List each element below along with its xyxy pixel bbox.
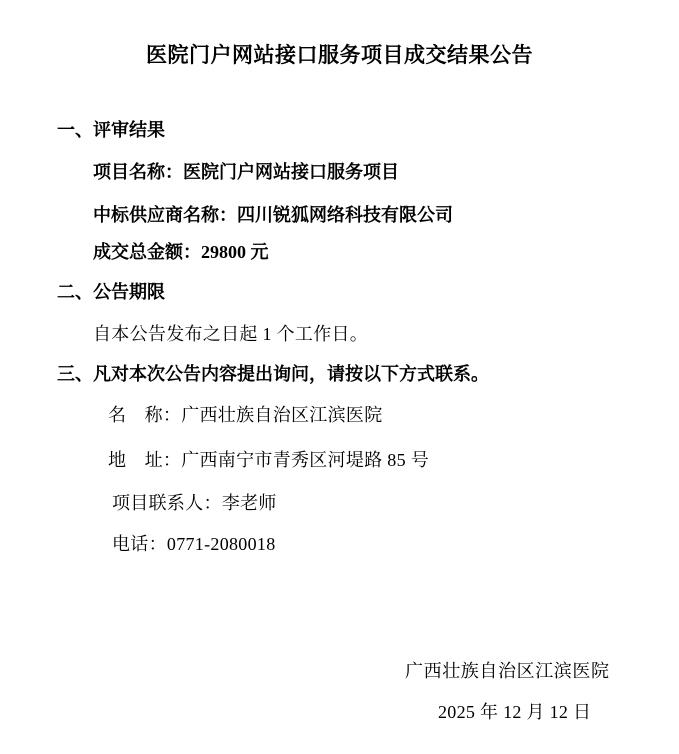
- project-name-line: 项目名称：医院门户网站接口服务项目: [93, 161, 399, 183]
- notice-period-line: 自本公告发布之日起 1 个工作日。: [93, 323, 368, 345]
- section-2-heading: 二、公告期限: [57, 281, 165, 303]
- contact-name-line: 名 称：广西壮族自治区江滨医院: [108, 404, 383, 426]
- section-1-heading: 一、评审结果: [57, 119, 165, 141]
- document-title: 医院门户网站接口服务项目成交结果公告: [0, 44, 679, 66]
- contact-person-line: 项目联系人：李老师: [112, 492, 277, 514]
- section-3-heading: 三、凡对本次公告内容提出询问，请按以下方式联系。: [57, 363, 489, 385]
- winning-supplier-line: 中标供应商名称：四川锐狐网络科技有限公司: [93, 204, 453, 226]
- signature-organization: 广西壮族自治区江滨医院: [405, 660, 610, 682]
- signature-date: 2025 年 12 月 12 日: [438, 701, 591, 723]
- contact-phone-line: 电话：0771-2080018: [112, 533, 276, 555]
- transaction-amount-line: 成交总金额：29800 元: [93, 241, 269, 263]
- contact-address-line: 地 址：广西南宁市青秀区河堤路 85 号: [108, 449, 429, 471]
- announcement-document: 医院门户网站接口服务项目成交结果公告 一、评审结果 项目名称：医院门户网站接口服…: [0, 0, 679, 754]
